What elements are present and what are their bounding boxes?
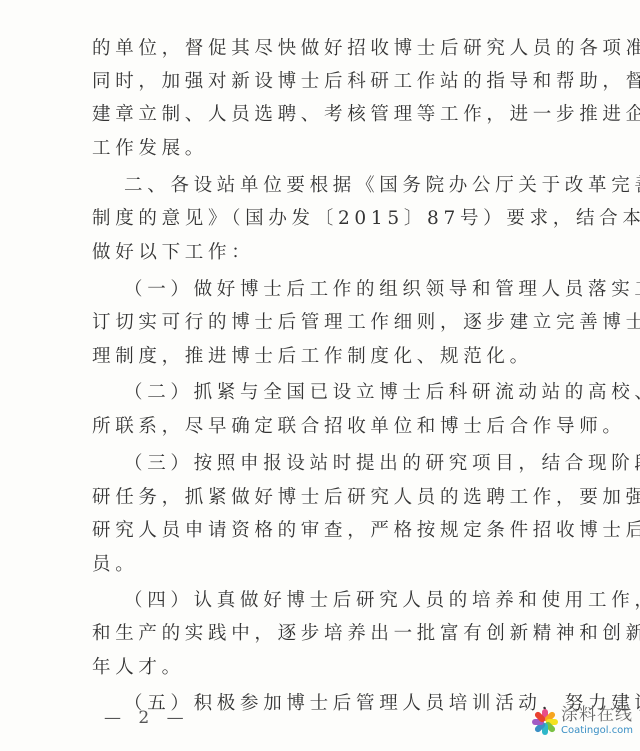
text-line: 二、各设站单位要根据《国务院办公厅关于改革完善博士后 bbox=[124, 174, 594, 198]
watermark-name-cn: 涂料在线 bbox=[561, 707, 633, 724]
text-line: 员。 bbox=[92, 553, 562, 577]
text-line: 所联系，尽早确定联合招收单位和博士后合作导师。 bbox=[92, 415, 562, 439]
text-line: 订切实可行的博士后管理工作细则，逐步建立完善博士后工作管 bbox=[92, 311, 562, 335]
text-line: 研任务，抓紧做好博士后研究人员的选聘工作，要加强对博士后 bbox=[92, 486, 562, 510]
text-line: 理制度，推进博士后工作制度化、规范化。 bbox=[92, 345, 562, 369]
text-line: （一）做好博士后工作的组织领导和管理人员落实工作，制 bbox=[124, 278, 594, 302]
text-line: （三）按照申报设站时提出的研究项目，结合现阶段重大科 bbox=[124, 452, 594, 476]
watermark-name-en: Coatingol.com bbox=[561, 726, 633, 736]
text-line: 工作发展。 bbox=[92, 137, 562, 161]
text-line: 和生产的实践中，逐步培养出一批富有创新精神和创新能力的青 bbox=[92, 622, 562, 646]
text-line: 年人才。 bbox=[92, 656, 562, 680]
text-line: （五）积极参加博士后管理人员培训活动，努力建设一支政 bbox=[124, 692, 594, 716]
document-page: 的单位，督促其尽快做好招收博士后研究人员的各项准备工作。同时，加强对新设博士后科… bbox=[0, 0, 640, 751]
text-line: 制度的意见》（国办发〔2015〕87号）要求，结合本单位实际， bbox=[92, 207, 562, 231]
text-line: 建章立制、人员选聘、考核管理等工作，进一步推进企业博士后 bbox=[92, 103, 562, 127]
text-line: （二）抓紧与全国已设立博士后科研流动站的高校、科研院 bbox=[124, 381, 594, 405]
text-line: 做好以下工作： bbox=[92, 241, 562, 265]
text-line: 同时，加强对新设博士后科研工作站的指导和帮助，督促其做好 bbox=[92, 70, 562, 94]
page-number: — 2 — bbox=[104, 708, 190, 728]
coatingol-logo-icon bbox=[532, 709, 558, 735]
text-line: （四）认真做好博士后研究人员的培养和使用工作，在科研 bbox=[124, 589, 594, 613]
watermark-text: 涂料在线 Coatingol.com bbox=[561, 707, 633, 736]
text-line: 的单位，督促其尽快做好招收博士后研究人员的各项准备工作。 bbox=[92, 37, 562, 61]
watermark: 涂料在线 Coatingol.com bbox=[532, 707, 633, 736]
text-line: 研究人员申请资格的审查，严格按规定条件招收博士后研究人 bbox=[92, 519, 562, 543]
